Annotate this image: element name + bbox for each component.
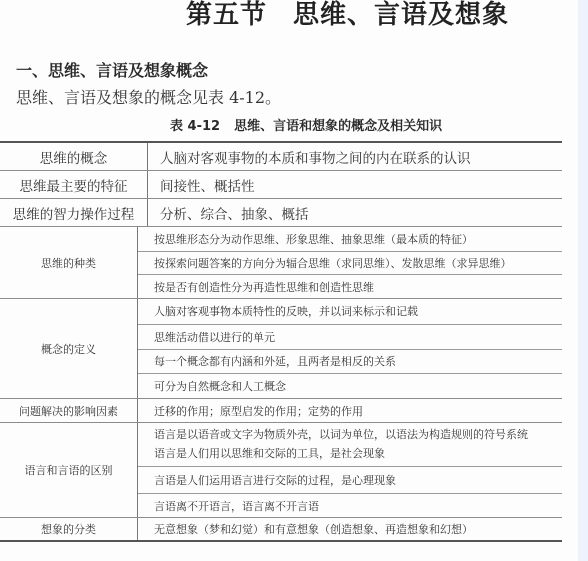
row-label: 思维的概念 — [0, 143, 148, 170]
row-subitem-line: 语言是以语音或文字为物质外壳，以词为单位，以语法为构造规则的符号系统 — [154, 425, 528, 444]
row-label: 概念的定义 — [0, 299, 138, 398]
table-row: 思维的种类 按思维形态分为动作思维、形象思维、抽象思维（最本质的特征） 按探索问… — [0, 227, 562, 299]
row-content: 间接性、概括性 — [148, 171, 255, 198]
row-subitem-line: 语言是人们用以思维和交际的工具，是社会现象 — [154, 444, 385, 463]
row-subitem: 每一个概念都有内涵和外延，且两者是相反的关系 — [138, 350, 562, 375]
row-label: 语言和言语的区别 — [0, 423, 138, 517]
section-topic: 思维、言语及想象 — [293, 0, 509, 30]
row-subitem: 语言是以语音或文字为物质外壳，以词为单位，以语法为构造规则的符号系统 语言是人们… — [138, 423, 562, 467]
table-row: 思维的概念 人脑对客观事物的本质和事物之间的内在联系的认识 — [0, 141, 562, 171]
row-subitem: 思维活动借以进行的单元 — [138, 325, 562, 350]
scanned-page: 第五节思维、言语及想象 一、思维、言语及想象概念 思维、言语及想象的概念见表 4… — [0, 0, 578, 561]
table-title: 思维、言语和想象的概念及相关知识 — [234, 119, 442, 134]
row-label: 想象的分类 — [0, 518, 138, 540]
side-strip — [578, 0, 588, 561]
row-content: 分析、综合、抽象、概括 — [148, 199, 309, 226]
intro-paragraph: 思维、言语及想象的概念见表 4-12。 — [16, 85, 281, 108]
table-row: 思维的智力操作过程 分析、综合、抽象、概括 — [0, 199, 562, 227]
table-number: 表 4-12 — [170, 119, 220, 134]
section-number: 第五节 — [186, 0, 267, 30]
row-subitem: 无意想象（梦和幻觉）和有意想象（创造想象、再造想象和幻想） — [138, 518, 562, 540]
table-caption: 表 4-12思维、言语和想象的概念及相关知识 — [170, 115, 442, 134]
table-row: 概念的定义 人脑对客观事物本质特性的反映，并以词来标示和记载 思维活动借以进行的… — [0, 299, 562, 399]
row-label: 思维最主要的特征 — [0, 171, 148, 198]
row-content: 人脑对客观事物的本质和事物之间的内在联系的认识 — [148, 143, 471, 170]
row-subitem: 按是否有创造性分为再造性思维和创造性思维 — [138, 275, 562, 298]
table-row: 思维最主要的特征 间接性、概括性 — [0, 171, 562, 199]
row-subitem: 迁移的作用；原型启发的作用；定势的作用 — [138, 399, 562, 422]
row-subitem: 可分为自然概念和人工概念 — [138, 374, 562, 398]
table-row: 问题解决的影响因素 迁移的作用；原型启发的作用；定势的作用 — [0, 399, 562, 423]
row-subitem: 言语是人们运用语言进行交际的过程，是心理现象 — [138, 467, 562, 495]
row-subitem: 言语离不开语言，语言离不开言语 — [138, 494, 562, 517]
table-row: 想象的分类 无意想象（梦和幻觉）和有意想象（创造想象、再造想象和幻想） — [0, 518, 562, 542]
row-label: 思维的种类 — [0, 227, 138, 298]
row-label: 思维的智力操作过程 — [0, 199, 148, 226]
section-title: 第五节思维、言语及想象 — [186, 0, 509, 31]
row-label: 问题解决的影响因素 — [0, 399, 138, 422]
subheading: 一、思维、言语及想象概念 — [16, 58, 208, 81]
row-subitem: 人脑对客观事物本质特性的反映，并以词来标示和记载 — [138, 299, 562, 325]
row-subitem: 按探索问题答案的方向分为辐合思维（求同思维）、发散思维（求异思维） — [138, 252, 562, 276]
row-subitem: 按思维形态分为动作思维、形象思维、抽象思维（最本质的特征） — [138, 227, 562, 252]
concept-table: 思维的概念 人脑对客观事物的本质和事物之间的内在联系的认识 思维最主要的特征 间… — [0, 141, 562, 542]
table-row: 语言和言语的区别 语言是以语音或文字为物质外壳，以词为单位，以语法为构造规则的符… — [0, 423, 562, 518]
